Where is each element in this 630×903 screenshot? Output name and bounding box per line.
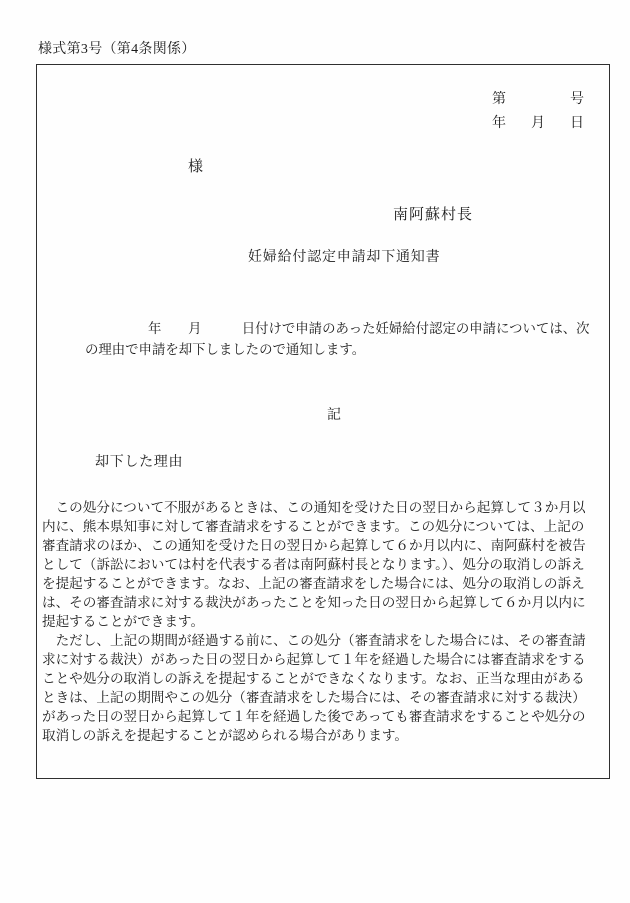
appeal-notice-line: ことや処分の取消しの訴えを提起することができなくなります。なお、正当な理由がある [42, 669, 592, 688]
form-number-label: 様式第3号（第4条関係） [38, 42, 196, 58]
doc-number-prefix: 第 [492, 92, 506, 108]
appeal-notice-line: 審査請求のほか、この通知を受けた日の翌日から起算して６か月以内に、南阿蘇村を被告 [42, 536, 592, 555]
date-month-label: 月 [531, 116, 545, 132]
appeal-notice-line: として（訴訟においては村を代表する者は南阿蘇村長となります。）、処分の取消しの訴… [42, 555, 592, 574]
appeal-notice-line: 内に、熊本県知事に対して審査請求をすることができます。この処分については、上記の [42, 517, 592, 536]
document-number-line: 第 号 [492, 92, 584, 108]
appeal-notice-block: この処分について不服があるときは、この通知を受けた日の翌日から起算して３か月以 … [42, 498, 592, 745]
appeal-notice-line: 取消しの訴えを提起することが認められる場合があります。 [42, 726, 592, 745]
sender-name: 南阿蘇村長 [393, 207, 473, 224]
appeal-notice-line: 提起することができます。 [42, 612, 592, 631]
appeal-notice-line: 求に対する裁決）があった日の翌日から起算して１年を経過した場合には審査請求をする [42, 650, 592, 669]
appeal-notice-line: この処分について不服があるときは、この通知を受けた日の翌日から起算して３か月以 [42, 498, 592, 517]
document-title: 妊婦給付認定申請却下通知書 [248, 249, 440, 266]
recipient-honorific: 様 [188, 159, 203, 176]
appeal-notice-line: ただし、上記の期間が経過する前に、この処分（審査請求をした場合には、その審査請 [42, 631, 592, 650]
rejection-reason-label: 却下した理由 [95, 454, 183, 471]
date-line: 年 月 日 [492, 116, 584, 132]
appeal-notice-line: を提起することができます。なお、上記の審査請求をした場合には、処分の取消しの訴え [42, 574, 592, 593]
date-day-label: 日 [570, 116, 584, 132]
record-marker: 記 [327, 407, 341, 424]
intro-paragraph-line1: 年 月 日付けで申請のあった妊婦給付認定の申請については、次 [148, 321, 590, 337]
appeal-notice-line: は、その審査請求に対する裁決があったことを知った日の翌日から起算して６か月以内に [42, 593, 592, 612]
document-page: 様式第3号（第4条関係） 第 号 年 月 日 様 南阿蘇村長 妊婦給付認定申請却… [0, 0, 630, 903]
doc-number-suffix: 号 [570, 92, 584, 108]
intro-paragraph-line2: の理由で申請を却下しましたので通知します。 [85, 342, 365, 358]
appeal-notice-line: ときは、上記の期間やこの処分（審査請求をした場合には、その審査請求に対する裁決） [42, 688, 592, 707]
date-year-label: 年 [492, 116, 506, 132]
appeal-notice-line: があった日の翌日から起算して１年を経過した後であっても審査請求をすることや処分の [42, 707, 592, 726]
document-frame: 第 号 年 月 日 様 南阿蘇村長 妊婦給付認定申請却下通知書 年 月 日付けで… [36, 64, 610, 779]
